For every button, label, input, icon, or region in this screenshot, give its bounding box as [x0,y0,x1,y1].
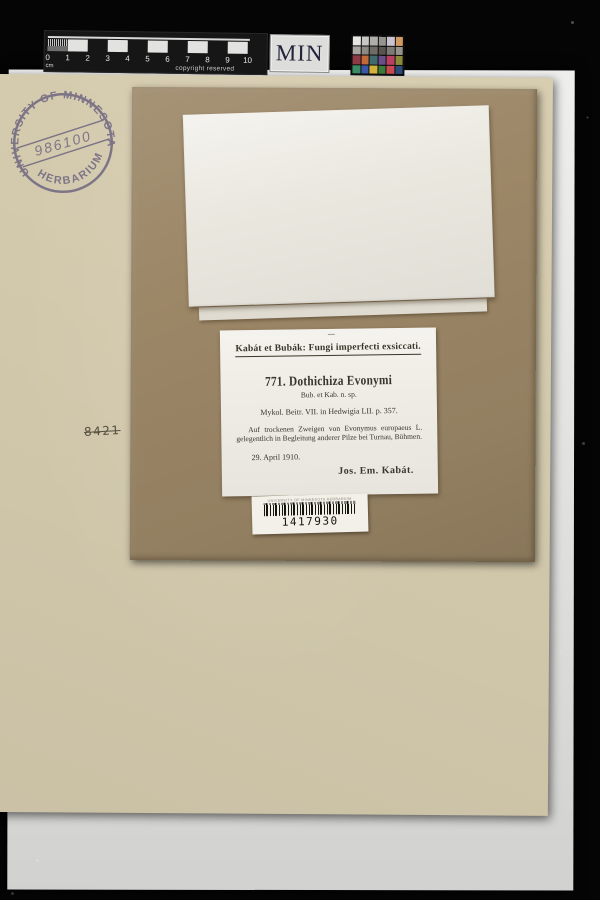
scale-bar-numbers: 0 1 2 3 4 5 6 7 8 9 10 [38,53,268,65]
color-patch [395,37,403,46]
dust-specks [0,0,1,1]
color-calibration-target [350,34,405,76]
label-series-title: Kabát et Bubák: Fungi imperfecti exsicca… [235,342,421,357]
pencil-mark [328,334,335,335]
color-patch [370,46,378,55]
scale-bar-unit: cm [45,63,53,69]
color-patch [361,65,369,74]
scale-bar: 0 1 2 3 4 5 6 7 8 9 10 cm copyright rese… [43,30,268,75]
color-patch [387,56,395,65]
label-taxon-line: 771. Dothichiza Evonymi [238,371,420,390]
scale-bar-mm-ticks [48,39,68,51]
color-patch [395,65,403,74]
color-patch [353,46,361,55]
color-patch [378,65,386,74]
barcode-number: 1417930 [252,513,368,529]
label-citation: Mykol. Beitr. VII. in Hedwigia LII. p. 3… [221,405,437,417]
scale-bar-copyright: copyright reserved [175,65,234,73]
label-authority: Bub. et Kab. n. sp. [221,388,437,400]
label-collection-date: 29. April 1910. [252,450,438,462]
color-patch [378,46,386,55]
color-patch [370,37,378,46]
label-habitat-note: Auf trockenen Zweigen von Evonymus europ… [236,422,422,444]
specimen-label: Kabát et Bubák: Fungi imperfecti exsicca… [220,328,438,497]
color-patch [395,46,403,55]
color-patch [387,46,395,55]
institution-code-tag: MIN [269,34,330,73]
color-patch [361,36,369,45]
color-patch [395,56,403,65]
color-patch [387,37,395,46]
color-patch [369,65,377,74]
color-patch [370,56,378,65]
specimen-photo: UNIVERSITY OF MINNESOTA HERBARIUM 986100… [0,0,600,900]
barcode-label: UNIVERSITY OF MINNESOTA HERBARIUM 141793… [252,493,369,534]
label-collector: Jos. Em. Kabát. [222,465,414,479]
color-patch [378,56,386,65]
color-patch [353,55,361,64]
specimen-envelope-group [183,105,495,323]
color-patch [353,36,361,45]
color-patch [378,37,386,46]
crossed-out-accession-number: 8421 [84,423,121,439]
institution-code: MIN [276,40,324,67]
color-patch [386,65,394,74]
specimen-envelope [183,105,495,307]
color-patch [352,65,360,74]
color-patch [361,55,369,64]
label-number: 771. [265,373,286,388]
color-patch [361,46,369,55]
calibration-strip: 0 1 2 3 4 5 6 7 8 9 10 cm copyright rese… [43,28,424,85]
label-taxon-name: Dothichiza Evonymi [289,372,392,388]
